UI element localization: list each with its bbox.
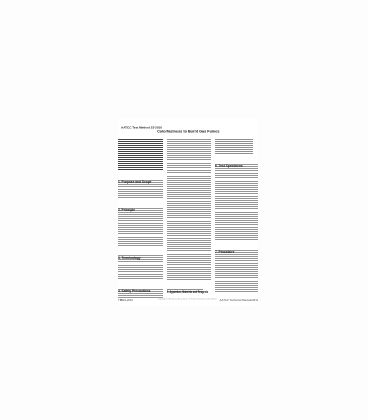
paragraph-block <box>167 267 211 281</box>
section-heading: 7. Procedure <box>215 244 258 248</box>
paragraph-block <box>215 227 258 241</box>
section-heading-text: 3. Terminology <box>118 256 141 260</box>
text-column-left: 1. Purpose and Scope2. Principle3. Termi… <box>118 139 163 299</box>
paragraph-block <box>167 170 211 174</box>
paragraph-block <box>167 254 211 266</box>
section-heading: 1. Purpose and Scope <box>118 174 163 178</box>
paragraph-block <box>167 201 211 219</box>
paragraph-block <box>118 237 163 247</box>
paragraph-block <box>215 181 258 195</box>
paragraph-block <box>167 176 211 200</box>
text-column-right: 6. Test Specimens7. Procedure <box>215 139 258 293</box>
list-block <box>215 139 253 155</box>
paragraph-block <box>118 189 163 199</box>
section-heading: 6. Test Specimens <box>215 158 258 162</box>
paragraph-block <box>118 223 163 235</box>
paragraph-block <box>118 274 163 280</box>
paragraph-block <box>215 263 258 279</box>
document-title-text: Colorfastness to Burnt Gas Fumes <box>157 129 219 131</box>
method-number-header: AATCC Test Method 23-2010 <box>121 120 229 124</box>
section-heading-text: 6. Test Specimens <box>215 164 243 168</box>
paragraph-block <box>167 163 211 169</box>
page-footer: 72 TM 23-2010 AATCC Technical Manual/201… <box>120 291 258 295</box>
paragraph-block <box>118 265 163 273</box>
section-heading: 5. Apparatus, Materials and Reagents <box>167 284 211 288</box>
copyright-line: Copyright © American Association of Text… <box>118 298 258 304</box>
section-heading-text: 2. Principle <box>118 208 135 212</box>
screenshot-canvas: AATCC Test Method 23-2010 Colorfastness … <box>0 0 368 420</box>
paragraph-block <box>167 238 211 252</box>
section-heading: 4. Safety Precautions <box>118 283 163 287</box>
paragraph-block <box>215 196 258 210</box>
revision-history-block <box>118 139 163 171</box>
paragraph-block <box>215 173 258 179</box>
paragraph-block <box>167 221 211 237</box>
paragraph-block <box>167 139 211 161</box>
document-title-row: Colorfastness to Burnt Gas Fumes <box>118 129 258 134</box>
text-column-middle: 5. Apparatus, Materials and Reagents <box>167 139 211 293</box>
copyright-text: Copyright © American Association of Text… <box>158 298 217 300</box>
section-heading-text: 7. Procedure <box>215 250 234 254</box>
paragraph-block <box>215 212 258 226</box>
section-heading: 3. Terminology <box>118 250 163 254</box>
section-heading-text: 1. Purpose and Scope <box>118 180 151 184</box>
document-page: AATCC Test Method 23-2010 Colorfastness … <box>118 118 258 306</box>
section-heading: 2. Principle <box>118 202 163 206</box>
